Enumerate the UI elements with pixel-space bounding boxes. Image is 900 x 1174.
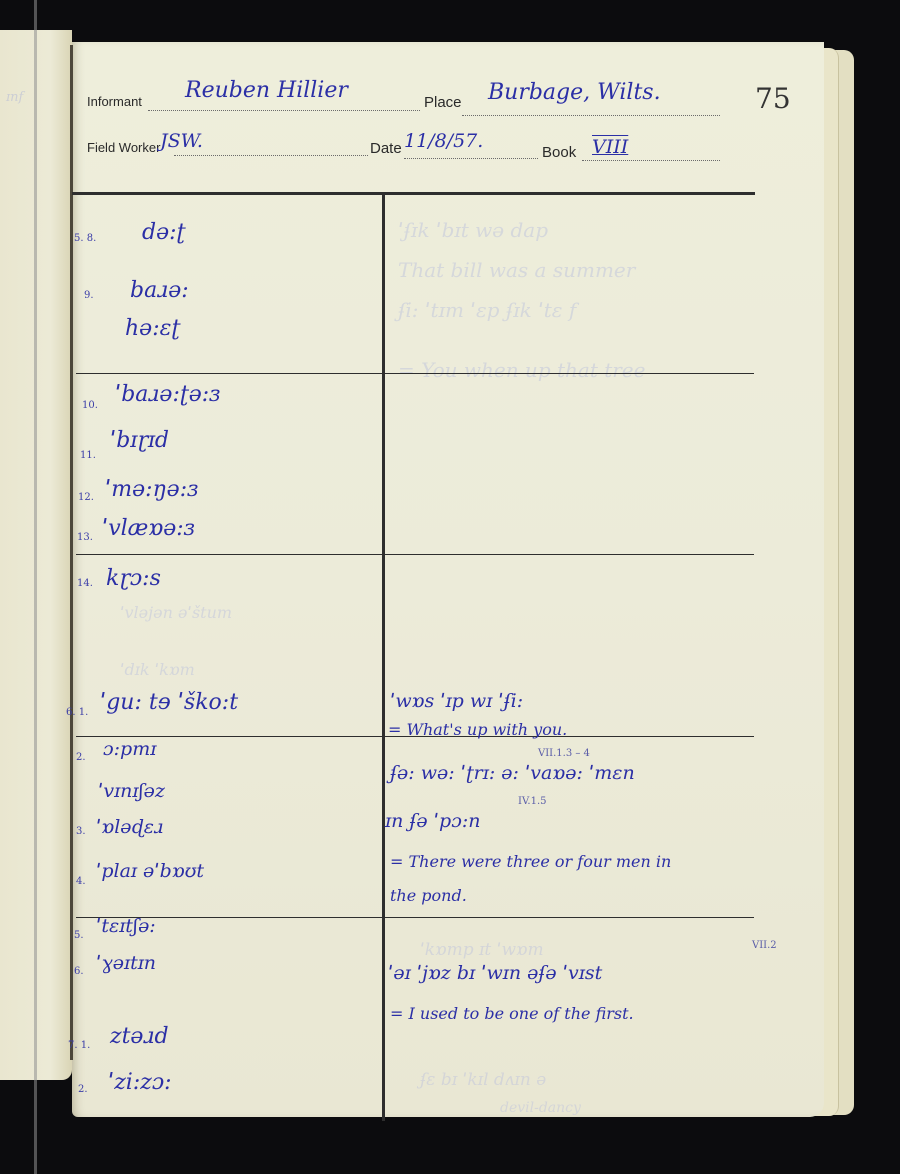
- entry-number: 12.: [78, 492, 94, 503]
- row-divider: [76, 373, 754, 374]
- informant-line: [148, 110, 420, 111]
- field-worker-line: [174, 155, 368, 156]
- page-number: 75: [755, 82, 791, 115]
- row-divider: [76, 554, 754, 555]
- entry-number: 6.: [74, 966, 84, 977]
- phonetic-entry: ˈvlæɒǝ:ɜ: [102, 516, 195, 541]
- field-worker-label: Field Worker: [87, 140, 160, 155]
- phonetic-entry: ˈɒlǝɖɛɹ: [96, 816, 164, 838]
- phonetic-entry: dǝ:ʈ: [142, 220, 185, 245]
- book-spine: [70, 45, 73, 1060]
- phonetic-entry: ˈtɛɪtʃǝ:: [96, 915, 156, 937]
- phonetic-entry: ˈzi:zɔ:: [108, 1070, 172, 1095]
- phonetic-sentence: ˈwɒs ˈɪp wɪ ˈʄi:: [390, 690, 523, 712]
- bleed-through-text: ʄɛ bɪ ˈkɪl dʌɪn ǝ: [420, 1070, 546, 1090]
- bleed-through-text: = You when up that tree: [398, 358, 645, 382]
- phonetic-entry: ɔ:pmɪ: [103, 738, 156, 760]
- reference-note: VII.2: [752, 940, 777, 951]
- book-line: [582, 160, 720, 161]
- date-value: 11/8/57.: [404, 130, 483, 152]
- bleed-through-text: ˈkɒmp ɪt ˈwɒm: [420, 940, 544, 960]
- row-divider: [76, 917, 754, 918]
- book-label: Book: [542, 144, 576, 161]
- bleed-through-text: That bill was a summer: [398, 258, 635, 282]
- place-label: Place: [424, 94, 462, 111]
- phonetic-entry: ˈbaɹǝ:ʈǝ:ɜ: [115, 382, 220, 407]
- gloss-translation: = There were three or four men in: [390, 852, 671, 871]
- bleed-through-text: ˈvlǝjǝn ǝˈštum: [120, 603, 232, 622]
- informant-label: Informant: [87, 94, 142, 109]
- phonetic-entry: ˈmǝ:ŋǝ:ɜ: [105, 477, 198, 502]
- date-label: Date: [370, 140, 402, 157]
- place-line: [462, 115, 720, 116]
- bleed-through-text: ʄi: ˈtɪm ˈɛp ʄɪk ˈtɛ f: [398, 298, 576, 322]
- gloss-translation: the pond.: [390, 886, 467, 905]
- facing-page-bleed: ɪnf: [6, 90, 23, 105]
- entry-number: 13.: [77, 532, 93, 543]
- header-divider: [72, 192, 755, 195]
- bleed-through-text: devil-dancy: [500, 1100, 581, 1116]
- phonetic-entry: ˈplaɪ ǝˈbɒʊt: [96, 860, 204, 882]
- phonetic-sentence: ʄǝ: wǝ: ˈʈrɪ: ǝ: ˈvaɒǝ: ˈmɛn: [390, 762, 635, 784]
- entry-number: 9.: [84, 290, 94, 301]
- notebook-scan: ɪnf ˈʄɪk ˈbɪt wǝ dap That bill was a sum…: [0, 0, 900, 1174]
- phonetic-entry: ztǝɹd: [110, 1024, 169, 1049]
- entry-number: 6. 1.: [66, 707, 88, 718]
- entry-number: 14.: [77, 578, 93, 589]
- entry-number: 5.: [74, 930, 84, 941]
- gloss-translation: = I used to be one of the first.: [390, 1004, 634, 1023]
- phonetic-entry: ˈgu: tɘ ˈško:t: [100, 690, 238, 715]
- phonetic-entry: baɹǝ:: [130, 278, 189, 303]
- field-worker-value: JSW.: [160, 130, 203, 152]
- phonetic-sentence: ˈǝɪ ˈjɒz bɪ ˈwɪn ǝʄǝ ˈvɪst: [388, 962, 602, 984]
- phonetic-entry: ˈbɪɽɪd: [110, 428, 169, 453]
- glass-edge: [34, 0, 37, 1174]
- gloss-translation: = What's up with you.: [388, 720, 567, 739]
- entry-number: 2.: [76, 752, 86, 763]
- informant-value: Reuben Hillier: [185, 78, 348, 103]
- entry-number: 4.: [76, 876, 86, 887]
- phonetic-entry: ˈvɪnɪʃǝz: [98, 780, 165, 802]
- entry-number: 11.: [80, 450, 96, 461]
- reference-note: IV.1.5: [518, 796, 547, 807]
- entry-number: 10.: [82, 400, 98, 411]
- book-value: VIII: [592, 136, 628, 158]
- place-value: Burbage, Wilts.: [488, 80, 661, 105]
- entry-number: 7. 1.: [68, 1040, 90, 1051]
- entry-number: 5. 8.: [74, 233, 96, 244]
- phonetic-entry: kɽɔ:s: [106, 566, 161, 591]
- phonetic-entry: hǝ:ɛʈ: [125, 316, 180, 341]
- entry-number: 2.: [78, 1084, 88, 1095]
- bleed-through-text: ˈʄɪk ˈbɪt wǝ dap: [398, 218, 548, 242]
- column-divider: [382, 194, 385, 1121]
- bleed-through-text: ˈdɪk ˈkɒm: [120, 660, 195, 679]
- phonetic-sentence: ɪn ʄǝ ˈpɔ:n: [385, 810, 480, 832]
- reference-note: VII.1.3 – 4: [538, 748, 590, 759]
- entry-number: 3.: [76, 826, 86, 837]
- phonetic-entry: ˈɣǝɪtɪn: [96, 952, 156, 974]
- date-line: [404, 158, 538, 159]
